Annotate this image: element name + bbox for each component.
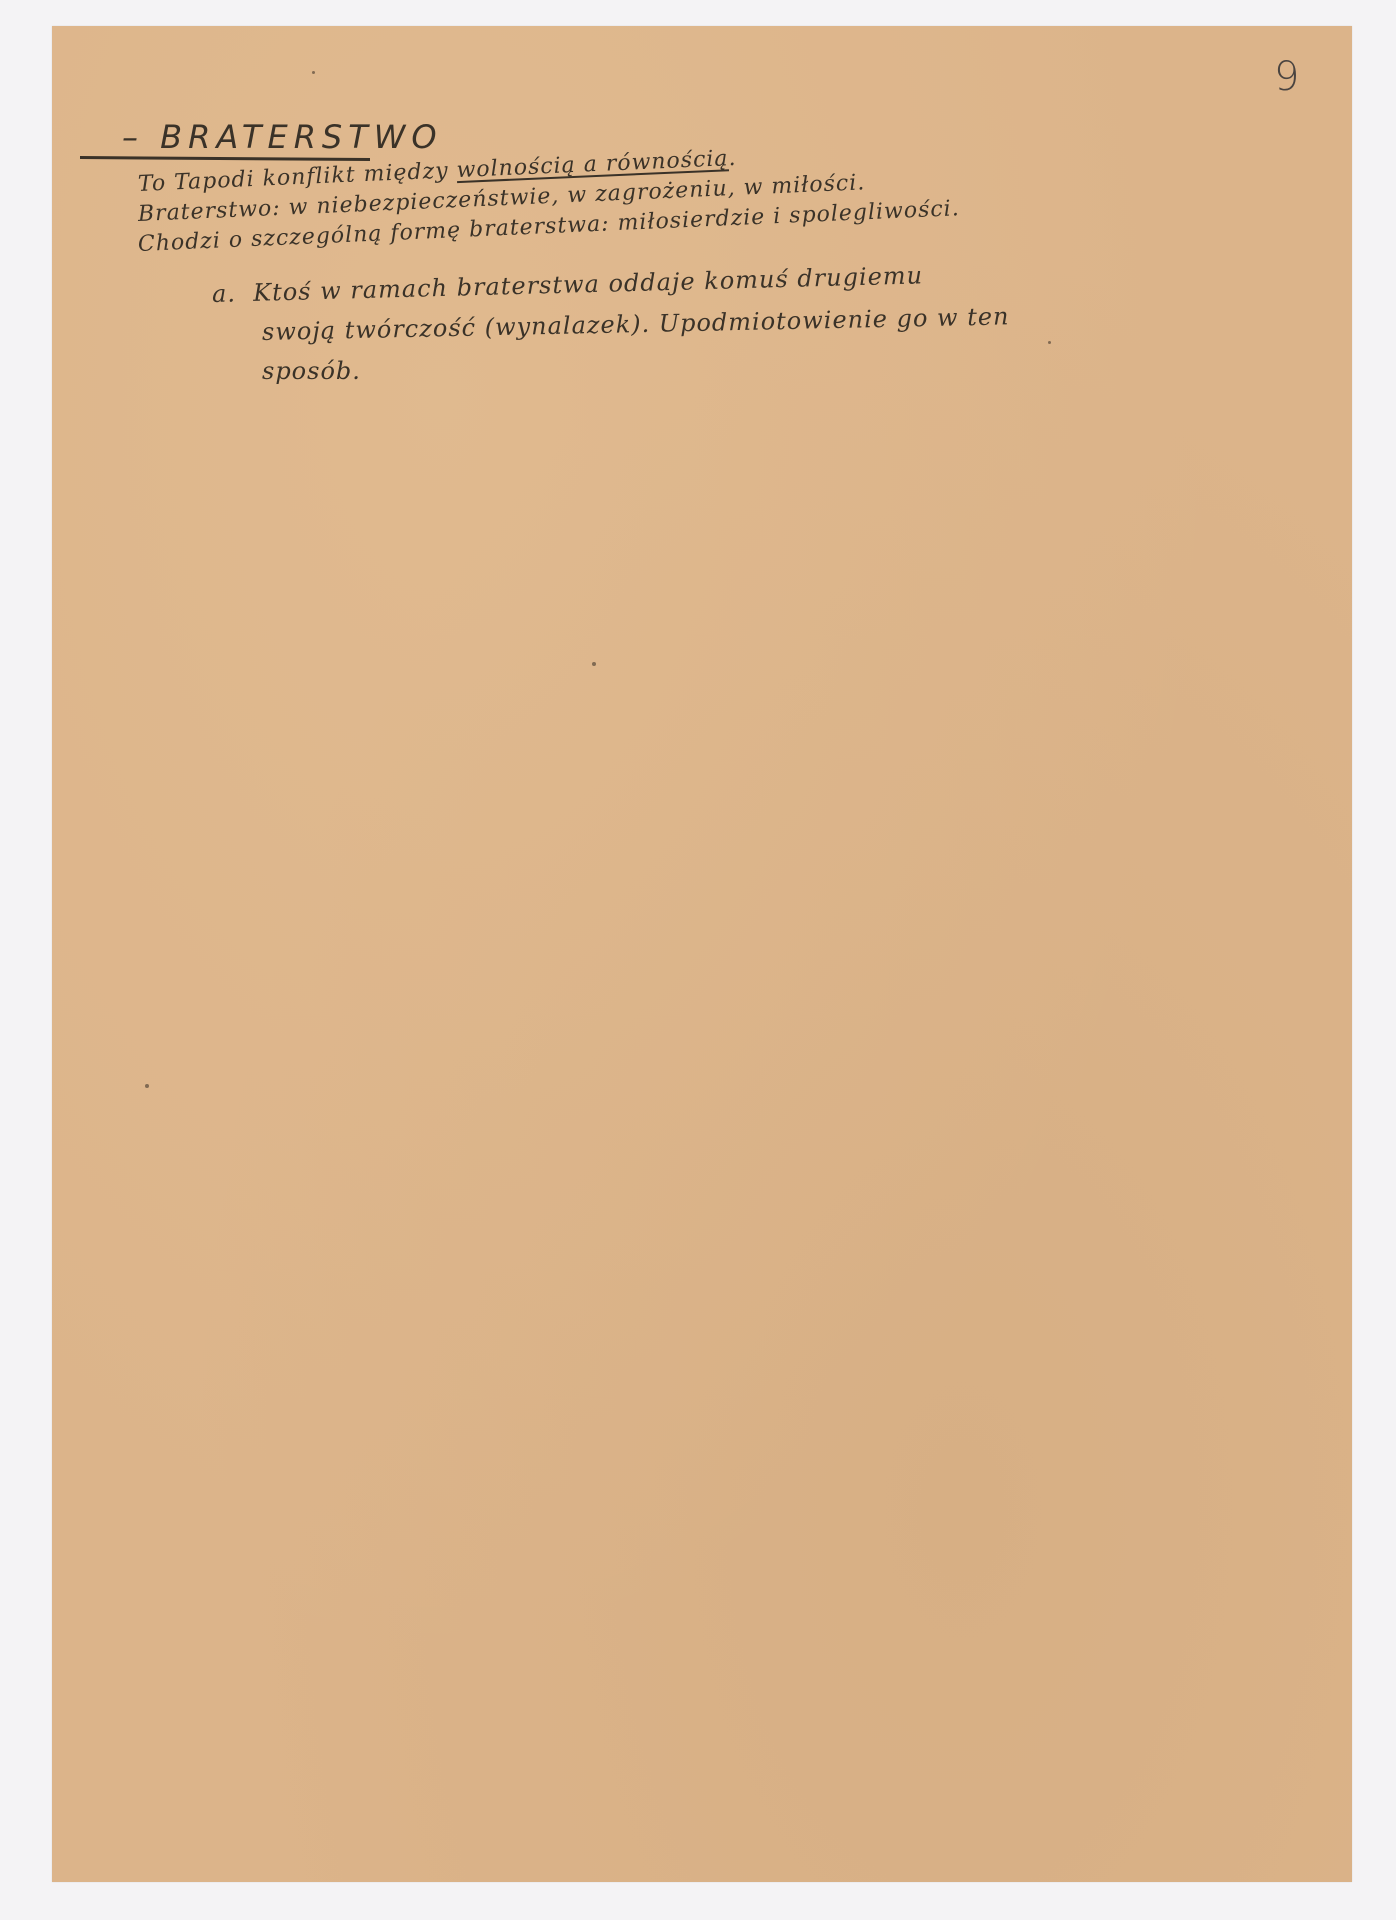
paper-speck <box>592 662 596 666</box>
section-heading: – BRATERSTWO <box>122 118 443 156</box>
paper-speck <box>312 71 315 74</box>
heading-underline <box>80 156 370 161</box>
page-number: 9 <box>1274 54 1300 100</box>
list-item-a-line-3: sposób. <box>262 357 361 385</box>
manuscript-page: 9 – BRATERSTWO To Tapodi konflikt między… <box>52 26 1352 1882</box>
list-item-a-line-2: swoją twórczość (wynalazek). Upodmiotowi… <box>262 302 1010 346</box>
paper-speck <box>145 1084 149 1088</box>
paper-speck <box>1048 341 1051 344</box>
list-item-a-marker: a. <box>212 279 237 308</box>
line-1-text-after: . <box>728 146 737 171</box>
list-item-a-line-1: a. Ktoś w ramach braterstwa oddaje komuś… <box>212 261 924 308</box>
list-item-a-text-1: Ktoś w ramach braterstwa oddaje komuś dr… <box>253 261 924 307</box>
